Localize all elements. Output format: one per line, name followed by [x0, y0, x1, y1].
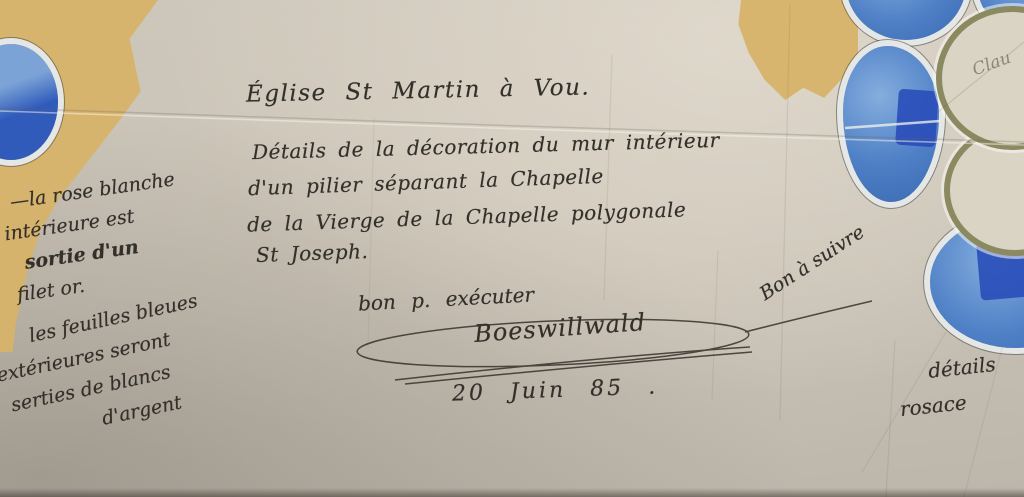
yellow-wash-top-center	[728, 0, 858, 102]
body-line: St Joseph.	[256, 239, 369, 267]
body-line: Détails de la décoration du mur intérieu…	[252, 128, 720, 164]
body-line: d'un pilier séparant la Chapelle	[248, 164, 604, 200]
approval-note: bon p. exécuter	[357, 282, 534, 315]
corner-note-line: détails	[926, 347, 997, 389]
pencil-inscription: Clau	[970, 48, 1014, 80]
signature: Boeswillwald	[473, 308, 647, 348]
margin-note-top: —la rose blanche intérieure est sortie d…	[0, 164, 190, 311]
rosette-petal-dark-square	[895, 88, 939, 147]
body-line: de la Vierge de la Chapelle polygonale	[247, 197, 687, 236]
rosette-petal-top-left	[846, 0, 966, 40]
document-photo: Clau Église St Martin à Vou. Détails de …	[0, 0, 1024, 497]
date: 20 Juin 85 .	[452, 374, 659, 406]
document-title: Église St Martin à Vou.	[246, 74, 591, 107]
rosette-petal-left	[843, 46, 939, 202]
diagonal-annotation: Bon à suivre	[756, 221, 869, 305]
photo-edge-shadow	[0, 488, 1024, 497]
corner-note-line: rosace	[898, 382, 1001, 427]
rosette-center-lobe-top: Clau	[936, 6, 1024, 150]
corner-note-rosace: détails rosace	[895, 347, 1001, 427]
margin-note-bottom: les feuilles bleues extérieures seront s…	[0, 285, 221, 455]
